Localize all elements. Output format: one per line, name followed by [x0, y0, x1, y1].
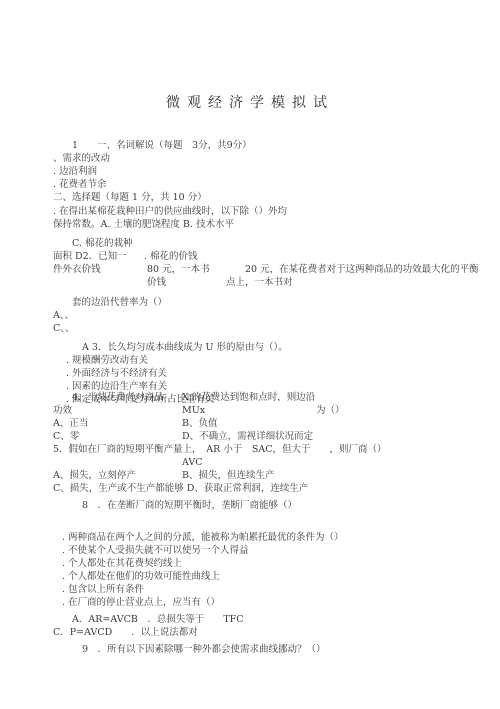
text-line: 套的边沿代替率为（）: [72, 297, 167, 309]
text-line: . 在厂商的停止营业点上，应当有（）: [62, 597, 220, 609]
text-line: C、零: [53, 431, 79, 443]
text-line: 5．假如在厂商的短期平衡产量上， AR 小于 SAC，但大于 ，则厂商（）: [53, 444, 386, 456]
text-line: A、正当: [53, 418, 88, 430]
text-line: 9 ．所有以下因素除哪一种外都会使需求曲线挪动？（）: [82, 644, 326, 656]
text-line: C. 棉花的栽种: [72, 238, 132, 250]
text-line: . 在得出某棉花栽种田户的供应曲线时，以下除（）外均: [53, 206, 287, 218]
text-line: A、损失，立刻停产: [53, 470, 136, 482]
text-line: A．AR=AVCB ．总损失等于 TFC: [72, 614, 244, 626]
text-line: D、不确立，需视详细状况而定: [182, 431, 313, 443]
text-line: 80 元，一本书: [147, 264, 210, 276]
text-line: B、损失，但连续生产: [182, 470, 274, 482]
text-line: X 的花费达到饱和点时，则边沿: [182, 392, 315, 404]
text-line: C、、: [53, 323, 75, 335]
text-line: . 规模酬劳改动有关: [66, 355, 148, 367]
text-line: 4．当某花费者对商品: [72, 392, 164, 404]
text-line: . 花费者节余: [53, 179, 107, 191]
text-line: . 包含以上所有条件: [62, 584, 144, 596]
text-line: 1 一、名词解说（每题 3分，共9分）: [72, 140, 252, 152]
text-line: 价钱: [147, 277, 166, 289]
text-line: 20 元，在某花费者对于这两种商品的功效最大化的平衡: [245, 264, 479, 276]
text-line: 保持常数。A. 土壤的肥饶程度 B. 技术水平: [53, 219, 234, 231]
text-line: B、负值: [182, 418, 217, 430]
text-line: . 不使某个人受损失就不可以使另一个人得益: [62, 545, 249, 557]
text-line: 为（）: [316, 405, 345, 417]
text-line: 面积 D2．已知一: [53, 251, 127, 263]
text-line: C．P=AVCD ．以上说法都对: [53, 627, 198, 639]
text-line: A、、: [53, 310, 74, 322]
text-line: C、损失，生产或不生产都能够 D、获取正常利润，连续生产: [53, 483, 308, 495]
text-line: 件外衣价钱: [53, 264, 101, 276]
text-line: A 3．长久均匀成本曲线成为 U 形的原由与（）。: [82, 342, 288, 354]
text-line: . 两种商品在两个人之间的分派，能被称为帕累托最优的条件为（）: [62, 532, 344, 544]
text-line: . 边沿利润: [53, 166, 97, 178]
text-line: 点上，一本书对: [226, 277, 293, 289]
text-line: MUx: [182, 405, 205, 417]
text-line: 功效: [53, 405, 72, 417]
text-line: 、需求的改动: [53, 153, 110, 165]
text-line: . 个人都处在其花费契约线上: [62, 558, 182, 570]
text-line: . 外面经济与不经济有关: [66, 368, 167, 380]
text-line: 8 ．在垄断厂商的短期平衡时，垄断厂商能够（）: [82, 500, 297, 512]
text-line: . 棉花的价钱: [144, 251, 198, 263]
page-title: 微观经济学模拟试: [0, 92, 500, 112]
text-line: AVC: [182, 457, 203, 469]
text-line: . 个人都处在他们的功效可能性曲线上: [62, 571, 220, 583]
text-line: 二、选择题（每题 1 分，共 10 分）: [53, 192, 207, 204]
